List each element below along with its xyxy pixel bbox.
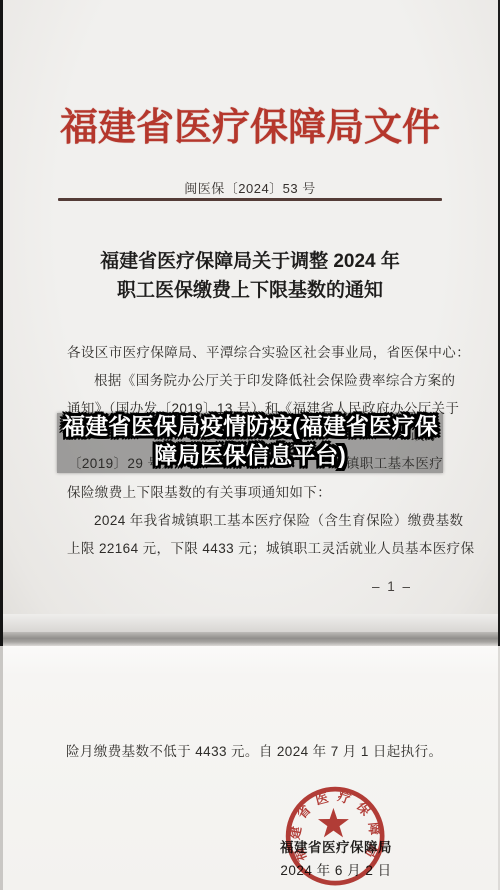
document-title-line-2: 职工医保缴费上下限基数的通知 xyxy=(0,276,500,305)
document-title: 福建省医疗保障局关于调整 2024 年 职工医保缴费上下限基数的通知 xyxy=(0,247,500,305)
seal-star-icon xyxy=(318,808,349,837)
body-line-7: 2024 年我省城镇职工基本医疗保险（含生育保险）缴费基数 xyxy=(94,509,463,529)
page-sheet-2 xyxy=(3,646,498,890)
caption-line-1: 福建省医保局疫情防疫(福建省医疗保 xyxy=(40,412,460,441)
caption-line-2: 障局医保信息平台) xyxy=(40,441,460,470)
agency-letterhead-title: 福建省医疗保障局文件 xyxy=(0,96,500,151)
document-title-line-1: 福建省医疗保障局关于调整 2024 年 xyxy=(0,247,500,276)
document-photo: 福建省医疗保障局文件 闽医保〔2024〕53 号 福建省医疗保障局关于调整 20… xyxy=(0,0,500,890)
official-seal: 福建省医疗保障局 xyxy=(273,784,399,890)
page-separator xyxy=(0,632,500,646)
document-number: 闽医保〔2024〕53 号 xyxy=(0,178,500,197)
letterhead-divider-line xyxy=(58,198,442,201)
body-line-1: 各设区市医疗保障局、平潭综合实验区社会事业局，省医保中心： xyxy=(67,341,470,361)
body-line-8: 上限 22164 元，下限 4433 元；城镇职工灵活就业人员基本医疗保 xyxy=(67,537,474,557)
page-number: – 1 – xyxy=(372,579,412,594)
page-1-bottom-shadow xyxy=(3,614,498,632)
body-line-2: 根据《国务院办公厅关于印发降低社会保险费率综合方案的 xyxy=(94,369,455,389)
body-line-6: 保险缴费上下限基数的有关事项通知如下： xyxy=(67,481,331,501)
page2-body-line: 险月缴费基数不低于 4433 元。自 2024 年 7 月 1 日起执行。 xyxy=(66,740,442,760)
photo-edge-left-bottom xyxy=(0,646,3,890)
caption-overlay-text: 福建省医保局疫情防疫(福建省医疗保 障局医保信息平台) xyxy=(40,412,460,470)
